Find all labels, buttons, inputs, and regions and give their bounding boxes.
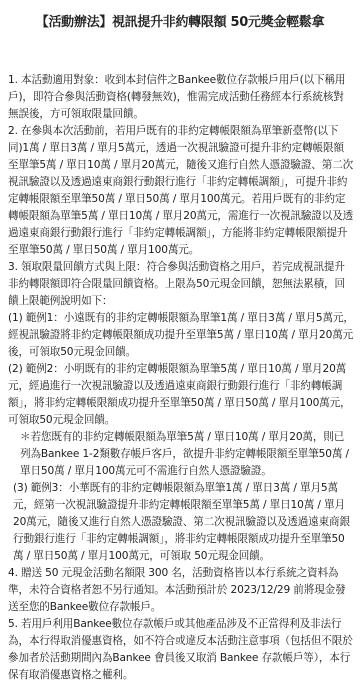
term-2-limit-upgrade: 2. 在參與本次活動前，若用戶既有的非約定轉帳限額為單筆新臺幣(以下同)1萬 /… xyxy=(8,123,354,259)
term-4-quota: 4. 贈送 50 元現金活動名額限 300 名，活動資格皆以本行系統之資料為準，… xyxy=(8,565,354,616)
term-5-disqualification: 5. 若用戶利用Bankee數位存款帳戶或其他產品涉及不正當得利及非法行為，本行… xyxy=(8,616,354,640)
term-3-reward-rules: 3. 領取限量回饋方式與上限：符合參與活動資格之用戶，若完成視訊提升非約轉限額即… xyxy=(8,259,354,310)
note-existing-limit: ＊若您既有的非約定轉帳限額為單筆5萬 / 單日10萬 / 單月20萬，則已列為B… xyxy=(8,429,354,480)
example-3: (3) 範例3：小華既有的非約定轉帳限額為單筆1萬 / 單日3萬 / 單月5萬元… xyxy=(8,480,354,565)
example-2: (2) 範例2：小明既有的非約定轉帳限額為單筆5萬 / 單日10萬 / 單月20… xyxy=(8,361,354,429)
page-title: 【活動辦法】視訊提升非約轉限額 50元獎金輕鬆拿 xyxy=(0,11,360,30)
terms-content: 1. 本活動適用對象：收到本封信件之Bankee數位存款帳戶用戶(以下稱用戶)，… xyxy=(8,72,354,640)
term-1-eligibility: 1. 本活動適用對象：收到本封信件之Bankee數位存款帳戶用戶(以下稱用戶)，… xyxy=(8,72,354,123)
example-1: (1) 範例1：小遠既有的非約定轉帳限額為單筆1萬 / 單日3萬 / 單月5萬元… xyxy=(8,310,354,361)
